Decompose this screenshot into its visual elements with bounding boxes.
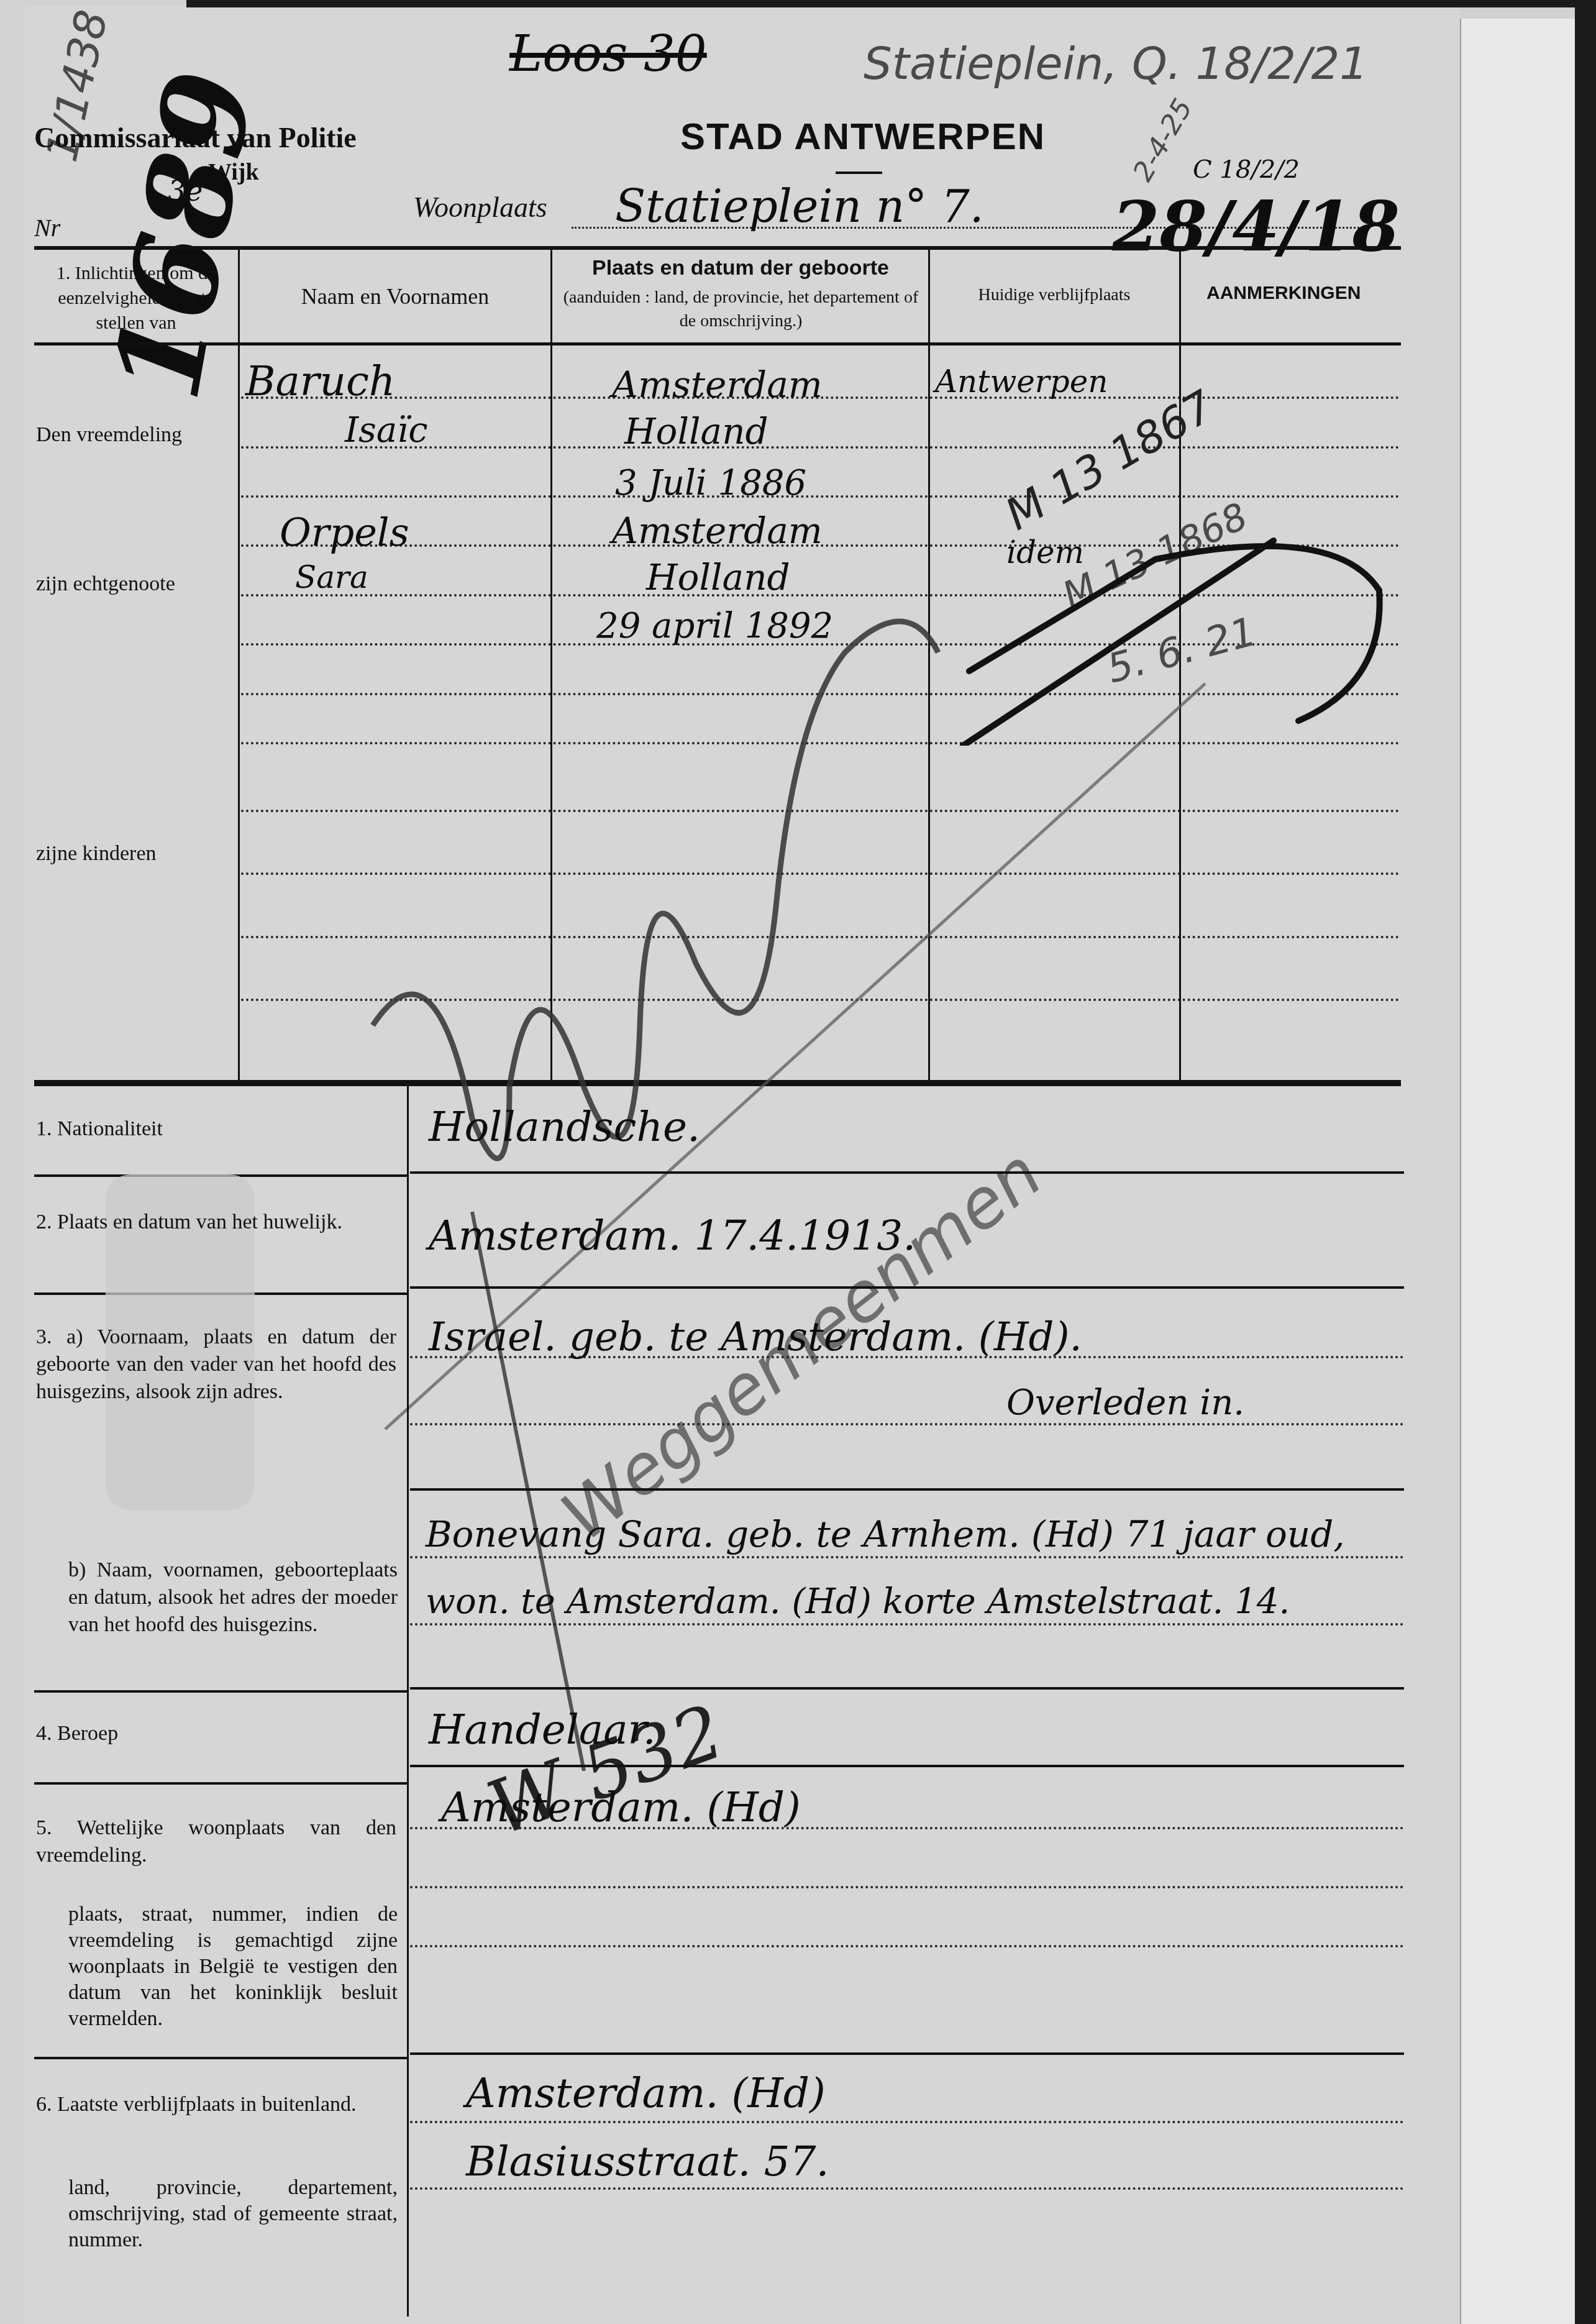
details-dotted-line [410,1623,1404,1626]
title-underline [836,172,882,174]
detail-label-father: 3. a) Voornaam, plaats en datum der gebo… [36,1324,396,1406]
detail-value-last-residence-city: Amsterdam. (Hd) [466,2069,826,2117]
residence-label: Woonplaats [413,194,547,221]
detail-value-marriage: Amsterdam. 17.4.1913. [429,1212,916,1260]
detail-label-nationality: 1. Nationaliteit [36,1115,403,1143]
column-header-identity: 1. Inlichtingen om de eenzelvigheid vast… [36,261,236,336]
alien-residence: Antwerpen [935,364,1108,400]
col-divider-1 [238,249,240,1081]
details-rule-right [410,1687,1404,1690]
details-rule-right [410,1488,1404,1491]
row-label-children: zijne kinderen [36,840,157,867]
details-rule-right [410,1171,1404,1174]
detail-value-last-residence-street: Blasiusstraat. 57. [466,2138,829,2185]
residence-small-note: C 18/2/2 [1193,155,1300,184]
scan-dark-edge [1575,0,1596,2324]
details-dotted-line [410,2121,1404,2123]
detail-label-mother: b) Naam, voornamen, geboorteplaats en da… [68,1557,398,1639]
row-label-spouse: zijn echtgenoote [36,570,175,598]
detail-value-nationality: Hollandsche. [429,1103,700,1151]
details-dotted-line [410,2187,1404,2190]
struck-annotation: Loos 30 [509,25,707,83]
row-label-alien: Den vreemdeling [36,421,182,449]
residence-value: Statieplein n° 7. [615,180,984,232]
details-rule-right [410,1765,1404,1767]
scan-top-edge [186,0,1596,7]
column-header-remarks: AANMERKINGEN [1206,283,1361,304]
details-dotted-line [410,1423,1404,1425]
detail-label-legal-residence: 5. Wettelijke woonplaats van den vreemde… [36,1814,396,1869]
details-rule-left [34,2057,407,2059]
details-col-divider [407,1086,409,2317]
details-rule-right [410,1286,1404,1289]
pencil-top-right-note: Statieplein, Q. 18/2/21 [864,37,1368,89]
column-header-residence: Huidige verblijfplaats [930,283,1179,308]
detail-label-last-residence: 6. Laatste verblijfplaats in buitenland. [36,2091,396,2118]
city-title: STAD ANTWERPEN [680,115,1046,158]
detail-value-father: Israel. geb. te Amsterdam. (Hd). [429,1314,1082,1360]
residence-date-note: 28/4/18 [1112,186,1400,267]
detail-label-marriage: 2. Plaats en datum van het huwelijk. [36,1209,403,1236]
details-dotted-line [410,1945,1404,1947]
detail-value-father-deceased: Overleden in. [1006,1383,1244,1423]
pencil-scrawl-overlay [348,404,1404,1771]
alien-surname: Baruch [245,357,395,405]
details-rule-right [410,2052,1404,2055]
detail-label-profession: 4. Beroep [36,1720,403,1747]
number-label: Nr [34,214,60,242]
detail-sublabel-legal-residence: plaats, straat, nummer, indien de vreemd… [68,1901,398,2032]
details-dotted-line [410,1886,1404,1888]
detail-sublabel-last-residence: land, provincie, departement, omschrijvi… [68,2175,398,2253]
column-header-birth: Plaats en datum der geboorte [553,256,928,280]
detail-value-profession: Handelaar. [429,1706,656,1754]
column-header-name: Naam en Voornamen [240,283,550,310]
detail-value-legal-residence: Amsterdam. (Hd) [441,1783,801,1831]
detail-value-mother-line1: Bonevang Sara. geb. te Arnhem. (Hd) 71 j… [426,1513,1345,1555]
column-header-birth-sub: (aanduiden : land, de provincie, het dep… [562,286,919,333]
details-rule-left [34,1782,407,1785]
details-dotted-line [410,1556,1404,1558]
paper-right-strip [1460,19,1576,2324]
details-rule-left [34,1690,407,1693]
detail-value-mother-line2: won. te Amsterdam. (Hd) korte Amstelstra… [426,1581,1290,1622]
alien-birth-place: Amsterdam [612,364,823,406]
